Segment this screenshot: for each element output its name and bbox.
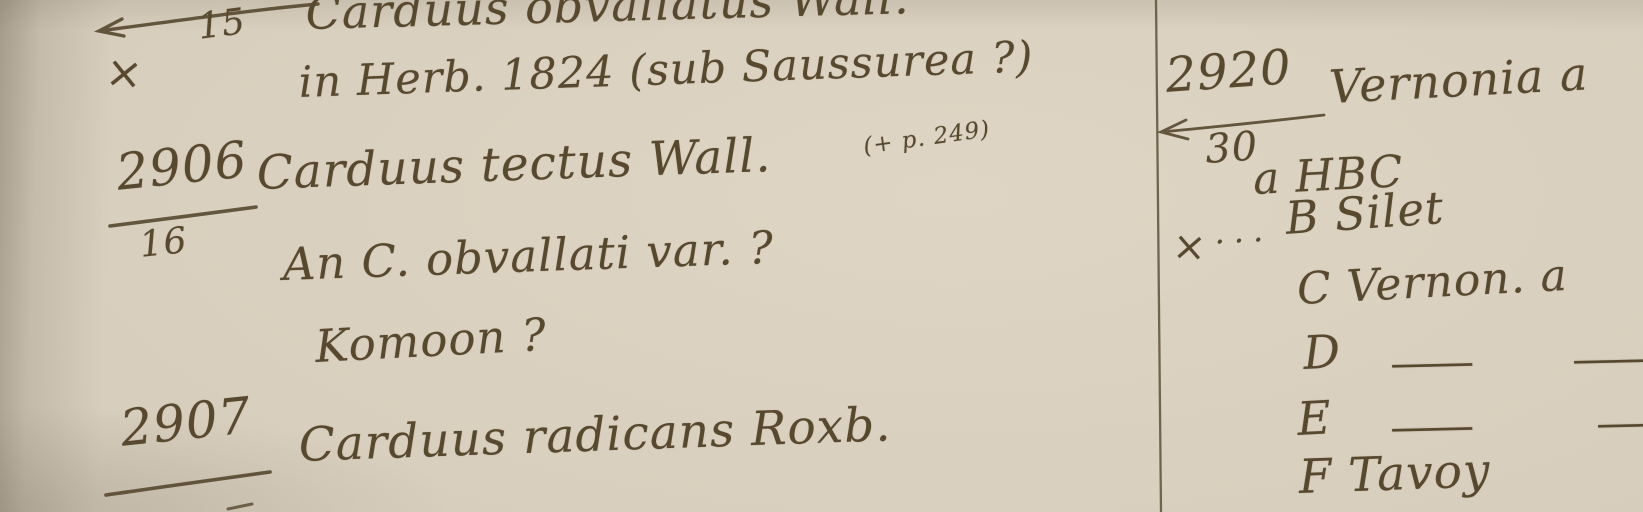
entry-2920-specimen-d-ditto-dash-2: — <box>1568 338 1643 380</box>
entry-2920-specimen-b-line: B Silet <box>1284 185 1445 241</box>
prev-entry-sub-number: 15 <box>196 4 248 46</box>
entry-2920-specimen-e-label: E <box>1296 394 1333 442</box>
entry-2920-sub-number: 30 <box>1204 126 1260 170</box>
column-divider-line <box>1156 0 1161 512</box>
entry-2906-sub-number: 16 <box>138 223 189 264</box>
entry-2920-species-line: Vernonia a <box>1328 50 1589 110</box>
prev-entry-margin-x-mark: × <box>103 50 145 98</box>
entry-2920-specimen-f-line: F Tavoy <box>1298 447 1491 501</box>
entry-2920-specimen-e-ditto-dash-1: — <box>1386 406 1478 448</box>
entry-2906-page-note: (+ p. 249) <box>862 118 992 159</box>
entry-2920-specimen-d-ditto-dash-1: — <box>1386 342 1478 384</box>
entry-2907-number: 2907 <box>118 390 254 453</box>
underline-2907 <box>106 472 270 495</box>
entry-2920-number: 2920 <box>1164 43 1293 100</box>
entry-2906-locality-line: Komoon ? <box>314 312 548 369</box>
entry-2906-species-line: Carduus tectus Wall. <box>256 132 772 197</box>
entry-2920-margin-x-mark: × <box>1171 226 1208 268</box>
prev-entry-species-line: Carduus obvallatus Wall. <box>305 0 910 36</box>
entry-2920-specimen-c-line: C Vernon. a <box>1296 254 1569 312</box>
entry-2920-specimen-e-ditto-dash-2: — <box>1592 402 1643 444</box>
cropped-subnumber-stroke <box>228 504 252 509</box>
prev-entry-herbarium-line: in Herb. 1824 (sub Saussurea ?) <box>298 36 1034 105</box>
entry-2906-query-line: An C. obvallati var. ? <box>282 225 775 287</box>
entry-2907-species-line: Carduus radicans Roxb. <box>298 401 892 469</box>
catalogue-page: 15 × Carduus obvallatus Wall. in Herb. 1… <box>0 0 1643 512</box>
entry-2906-number: 2906 <box>114 134 250 197</box>
entry-2920-leader-dots: ··· <box>1214 223 1273 258</box>
entry-2920-specimen-d-label: D <box>1302 328 1342 376</box>
